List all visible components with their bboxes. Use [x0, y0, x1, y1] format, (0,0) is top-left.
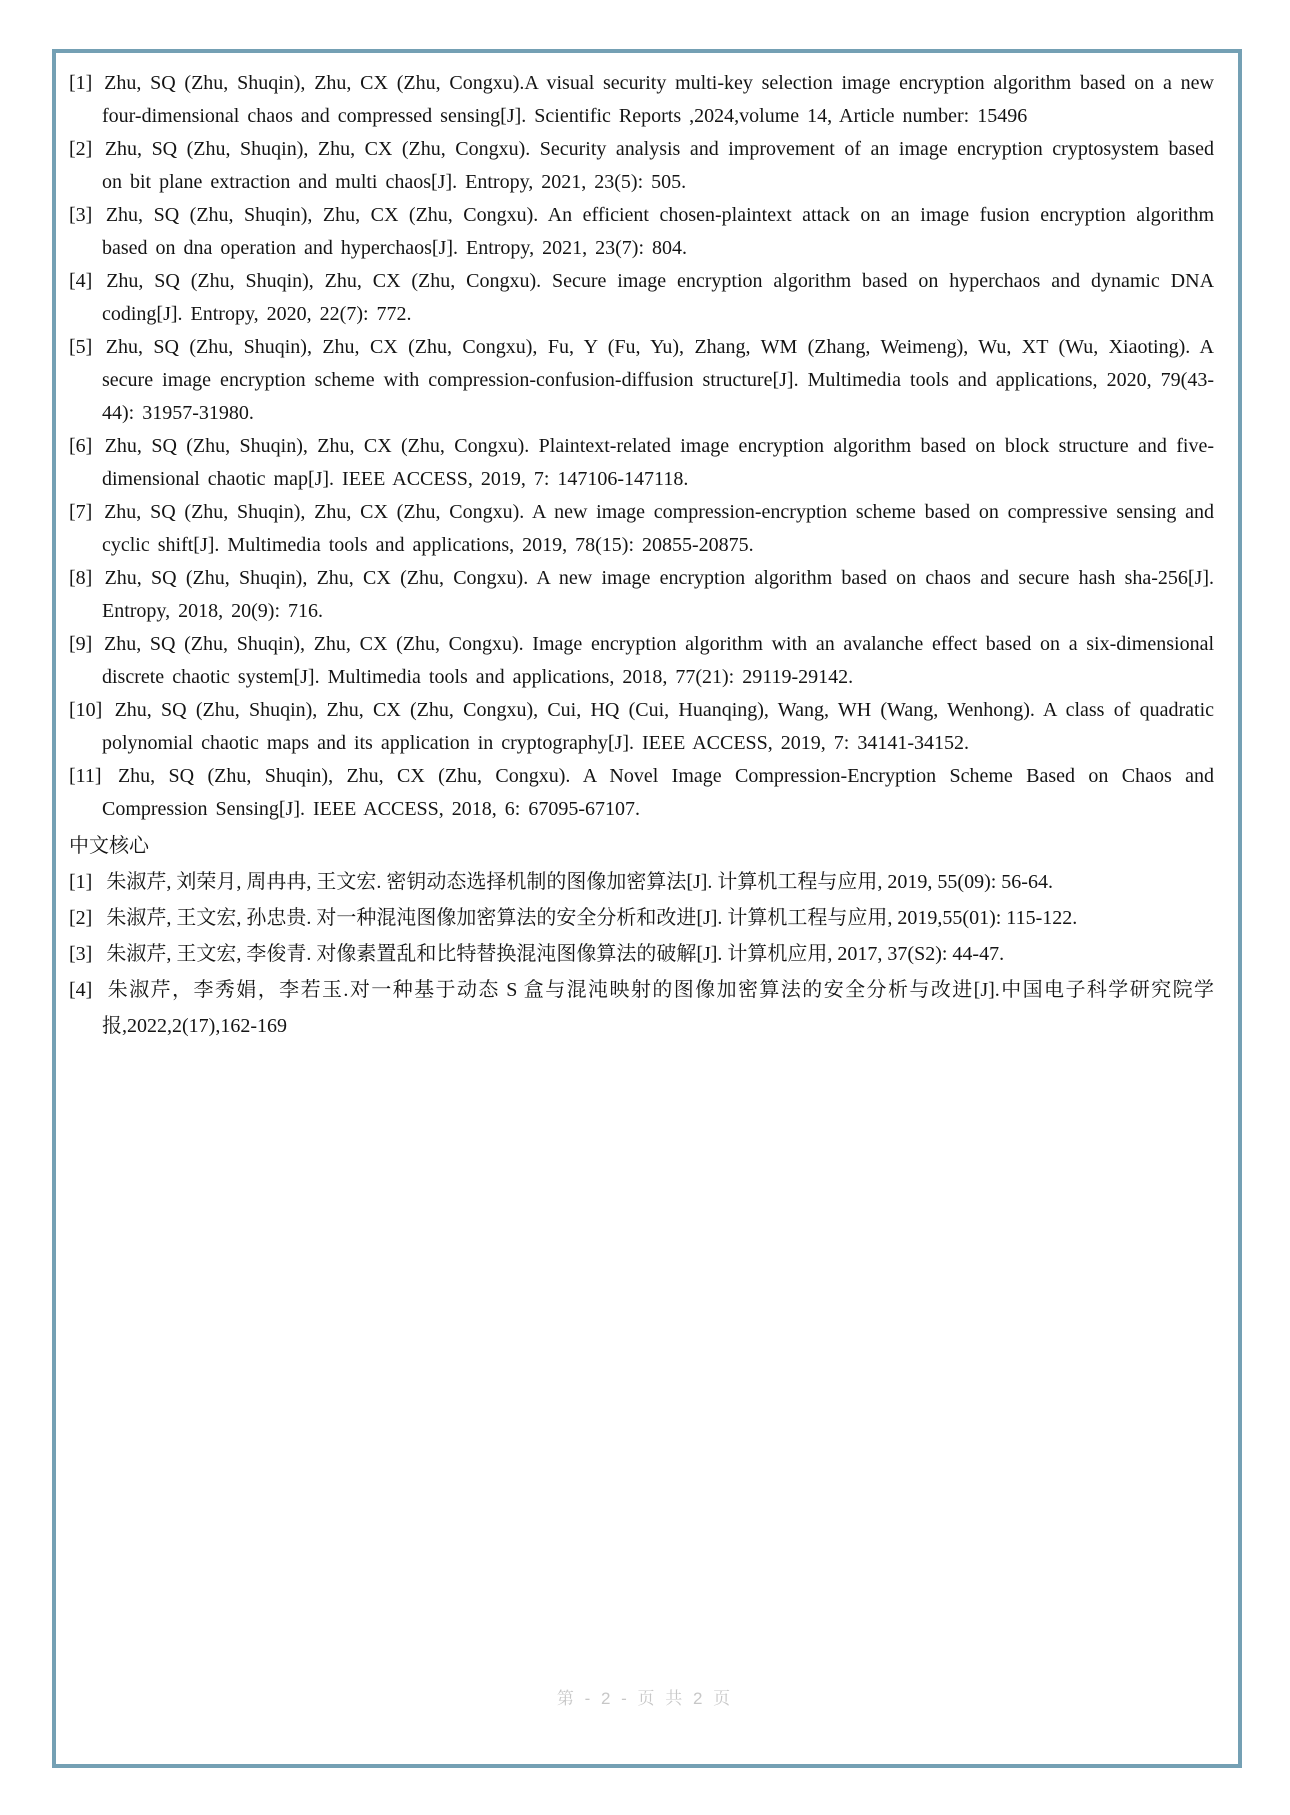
reference-text: Zhu, SQ (Zhu, Shuqin), Zhu, CX (Zhu, Con…	[102, 336, 1214, 424]
reference-text: Zhu, SQ (Zhu, Shuqin), Zhu, CX (Zhu, Con…	[102, 435, 1214, 490]
reference-text: Zhu, SQ (Zhu, Shuqin), Zhu, CX (Zhu, Con…	[102, 699, 1214, 754]
page-border: [1] Zhu, SQ (Zhu, Shuqin), Zhu, CX (Zhu,…	[52, 49, 1242, 1768]
reference-text: 朱淑芹, 王文宏, 李俊青. 对像素置乱和比特替换混沌图像算法的破解[J]. 计…	[106, 943, 1004, 965]
reference-item-en-5: [5] Zhu, SQ (Zhu, Shuqin), Zhu, CX (Zhu,…	[69, 331, 1214, 430]
reference-marker: [6]	[69, 435, 92, 457]
references-content: [1] Zhu, SQ (Zhu, Shuqin), Zhu, CX (Zhu,…	[56, 53, 1238, 1044]
reference-marker: [4]	[69, 979, 92, 1001]
reference-marker: [3]	[69, 943, 92, 965]
reference-text: Zhu, SQ (Zhu, Shuqin), Zhu, CX (Zhu, Con…	[102, 270, 1214, 325]
reference-marker: [3]	[69, 204, 92, 226]
reference-item-en-2: [2] Zhu, SQ (Zhu, Shuqin), Zhu, CX (Zhu,…	[69, 133, 1214, 199]
reference-item-cn-1: [1] 朱淑芹, 刘荣月, 周冉冉, 王文宏. 密钥动态选择机制的图像加密算法[…	[69, 864, 1214, 900]
reference-text: 朱淑芹，李秀娟，李若玉.对一种基于动态 S 盒与混沌映射的图像加密算法的安全分析…	[102, 979, 1214, 1037]
reference-item-en-1: [1] Zhu, SQ (Zhu, Shuqin), Zhu, CX (Zhu,…	[69, 67, 1214, 133]
page-footer: 第 - 2 - 页 共 2 页	[0, 1684, 1290, 1709]
reference-text: Zhu, SQ (Zhu, Shuqin), Zhu, CX (Zhu, Con…	[102, 204, 1214, 259]
reference-item-en-8: [8] Zhu, SQ (Zhu, Shuqin), Zhu, CX (Zhu,…	[69, 562, 1214, 628]
reference-text: Zhu, SQ (Zhu, Shuqin), Zhu, CX (Zhu, Con…	[102, 72, 1214, 127]
reference-item-en-6: [6] Zhu, SQ (Zhu, Shuqin), Zhu, CX (Zhu,…	[69, 430, 1214, 496]
reference-item-en-4: [4] Zhu, SQ (Zhu, Shuqin), Zhu, CX (Zhu,…	[69, 265, 1214, 331]
reference-item-en-3: [3] Zhu, SQ (Zhu, Shuqin), Zhu, CX (Zhu,…	[69, 199, 1214, 265]
reference-text: Zhu, SQ (Zhu, Shuqin), Zhu, CX (Zhu, Con…	[102, 567, 1214, 622]
reference-marker: [5]	[69, 336, 92, 358]
reference-item-cn-4: [4] 朱淑芹，李秀娟，李若玉.对一种基于动态 S 盒与混沌映射的图像加密算法的…	[69, 972, 1214, 1044]
reference-text: 朱淑芹, 刘荣月, 周冉冉, 王文宏. 密钥动态选择机制的图像加密算法[J]. …	[106, 871, 1053, 893]
reference-item-en-11: [11] Zhu, SQ (Zhu, Shuqin), Zhu, CX (Zhu…	[69, 760, 1214, 826]
reference-marker: [1]	[69, 72, 92, 94]
chinese-core-heading: 中文核心	[69, 828, 1214, 864]
reference-marker: [11]	[69, 765, 102, 787]
reference-marker: [9]	[69, 633, 92, 655]
reference-marker: [10]	[69, 699, 102, 721]
reference-marker: [8]	[69, 567, 92, 589]
reference-text: Zhu, SQ (Zhu, Shuqin), Zhu, CX (Zhu, Con…	[102, 501, 1214, 556]
reference-text: Zhu, SQ (Zhu, Shuqin), Zhu, CX (Zhu, Con…	[102, 765, 1214, 820]
reference-item-cn-2: [2] 朱淑芹, 王文宏, 孙忠贵. 对一种混沌图像加密算法的安全分析和改进[J…	[69, 900, 1214, 936]
reference-text: Zhu, SQ (Zhu, Shuqin), Zhu, CX (Zhu, Con…	[102, 138, 1214, 193]
reference-marker: [2]	[69, 138, 92, 160]
reference-item-en-9: [9] Zhu, SQ (Zhu, Shuqin), Zhu, CX (Zhu,…	[69, 628, 1214, 694]
reference-marker: [7]	[69, 501, 92, 523]
reference-item-cn-3: [3] 朱淑芹, 王文宏, 李俊青. 对像素置乱和比特替换混沌图像算法的破解[J…	[69, 936, 1214, 972]
reference-marker: [2]	[69, 907, 92, 929]
reference-marker: [4]	[69, 270, 92, 292]
reference-marker: [1]	[69, 871, 92, 893]
reference-item-en-7: [7] Zhu, SQ (Zhu, Shuqin), Zhu, CX (Zhu,…	[69, 496, 1214, 562]
reference-text: Zhu, SQ (Zhu, Shuqin), Zhu, CX (Zhu, Con…	[102, 633, 1214, 688]
reference-text: 朱淑芹, 王文宏, 孙忠贵. 对一种混沌图像加密算法的安全分析和改进[J]. 计…	[106, 907, 1077, 929]
reference-item-en-10: [10] Zhu, SQ (Zhu, Shuqin), Zhu, CX (Zhu…	[69, 694, 1214, 760]
